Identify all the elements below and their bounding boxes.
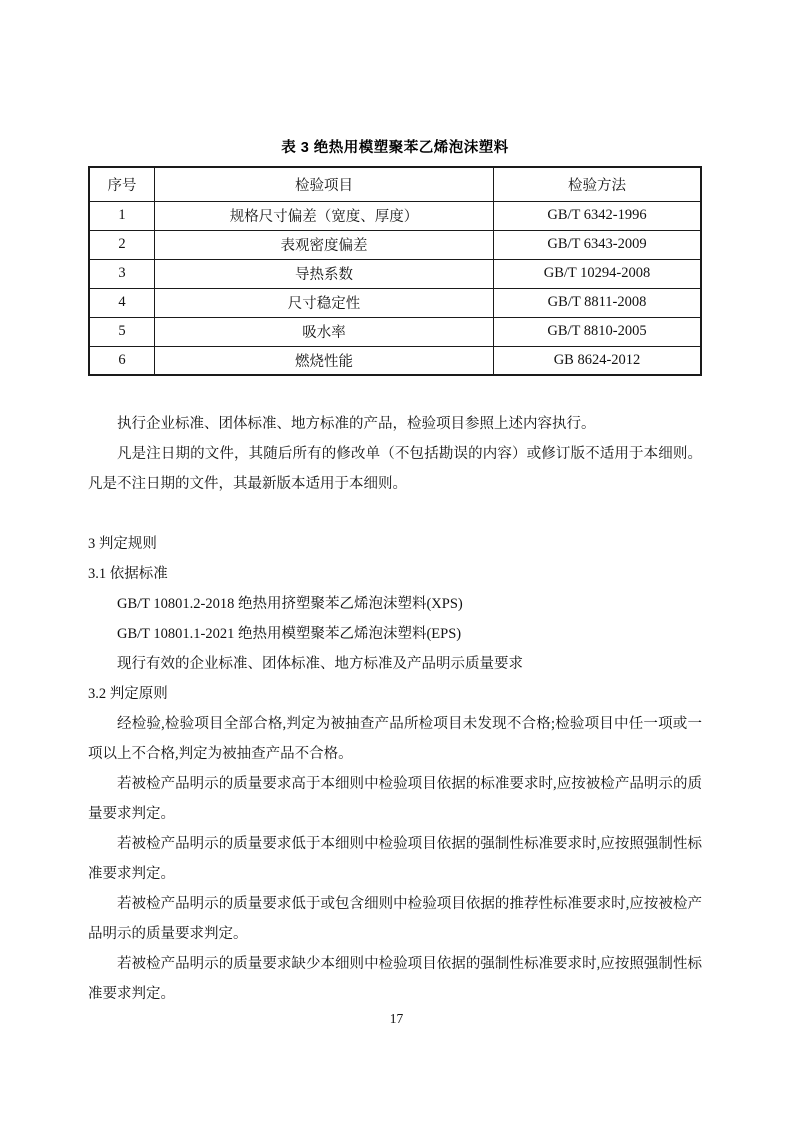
cell-seq: 4 — [89, 288, 154, 317]
standard-item-eps: GB/T 10801.1-2021 绝热用模塑聚苯乙烯泡沫塑料(EPS) — [88, 619, 702, 649]
body-text: 执行企业标准、团体标准、地方标准的产品，检验项目参照上述内容执行。 凡是注日期的… — [88, 409, 702, 1009]
judgment-paragraph-lower-recommended: 若被检产品明示的质量要求低于或包含细则中检验项目依据的推荐性标准要求时,应按被检… — [88, 889, 702, 949]
cell-method: GB 8624-2012 — [494, 346, 701, 375]
cell-seq: 5 — [89, 317, 154, 346]
cell-seq: 6 — [89, 346, 154, 375]
judgment-paragraph-all-pass: 经检验,检验项目全部合格,判定为被抽查产品所检项目未发现不合格;检验项目中任一项… — [88, 709, 702, 769]
inspection-table: 序号 检验项目 检验方法 1 规格尺寸偏差（宽度、厚度） GB/T 6342-1… — [88, 166, 702, 376]
judgment-paragraph-lower-mandatory: 若被检产品明示的质量要求低于本细则中检验项目依据的强制性标准要求时,应按照强制性… — [88, 829, 702, 889]
table-row: 2 表观密度偏差 GB/T 6343-2009 — [89, 230, 701, 259]
cell-method: GB/T 6343-2009 — [494, 230, 701, 259]
cell-item: 导热系数 — [154, 259, 493, 288]
column-header-item: 检验项目 — [154, 167, 493, 201]
standard-item-xps: GB/T 10801.2-2018 绝热用挤塑聚苯乙烯泡沫塑料(XPS) — [88, 589, 702, 619]
standard-item-enterprise: 现行有效的企业标准、团体标准、地方标准及产品明示质量要求 — [88, 649, 702, 679]
judgment-paragraph-missing-mandatory: 若被检产品明示的质量要求缺少本细则中检验项目依据的强制性标准要求时,应按照强制性… — [88, 949, 702, 1009]
section-3-heading: 3 判定规则 — [88, 529, 702, 559]
table-row: 1 规格尺寸偏差（宽度、厚度） GB/T 6342-1996 — [89, 201, 701, 230]
table-row: 3 导热系数 GB/T 10294-2008 — [89, 259, 701, 288]
cell-method: GB/T 10294-2008 — [494, 259, 701, 288]
cell-seq: 2 — [89, 230, 154, 259]
table-header-row: 序号 检验项目 检验方法 — [89, 167, 701, 201]
cell-method: GB/T 8810-2005 — [494, 317, 701, 346]
page-number: 17 — [0, 1008, 793, 1030]
cell-item: 表观密度偏差 — [154, 230, 493, 259]
cell-item: 规格尺寸偏差（宽度、厚度） — [154, 201, 493, 230]
cell-method: GB/T 8811-2008 — [494, 288, 701, 317]
table-row: 6 燃烧性能 GB 8624-2012 — [89, 346, 701, 375]
note-paragraph-execution: 执行企业标准、团体标准、地方标准的产品，检验项目参照上述内容执行。 — [88, 409, 702, 439]
page-content: 表 3 绝热用模塑聚苯乙烯泡沫塑料 序号 检验项目 检验方法 1 规格尺寸偏差（… — [88, 0, 702, 1009]
table-row: 5 吸水率 GB/T 8810-2005 — [89, 317, 701, 346]
document-page: 表 3 绝热用模塑聚苯乙烯泡沫塑料 序号 检验项目 检验方法 1 规格尺寸偏差（… — [0, 0, 793, 1122]
table-caption: 表 3 绝热用模塑聚苯乙烯泡沫塑料 — [88, 136, 702, 157]
cell-item: 吸水率 — [154, 317, 493, 346]
cell-method: GB/T 6342-1996 — [494, 201, 701, 230]
column-header-method: 检验方法 — [494, 167, 701, 201]
table-row: 4 尺寸稳定性 GB/T 8811-2008 — [89, 288, 701, 317]
section-3-2-heading: 3.2 判定原则 — [88, 679, 702, 709]
cell-item: 燃烧性能 — [154, 346, 493, 375]
section-3-1-heading: 3.1 依据标准 — [88, 559, 702, 589]
note-paragraph-dated-documents: 凡是注日期的文件，其随后所有的修改单（不包括勘误的内容）或修订版不适用于本细则。… — [88, 439, 702, 499]
cell-seq: 1 — [89, 201, 154, 230]
cell-item: 尺寸稳定性 — [154, 288, 493, 317]
cell-seq: 3 — [89, 259, 154, 288]
column-header-seq: 序号 — [89, 167, 154, 201]
judgment-paragraph-higher: 若被检产品明示的质量要求高于本细则中检验项目依据的标准要求时,应按被检产品明示的… — [88, 769, 702, 829]
